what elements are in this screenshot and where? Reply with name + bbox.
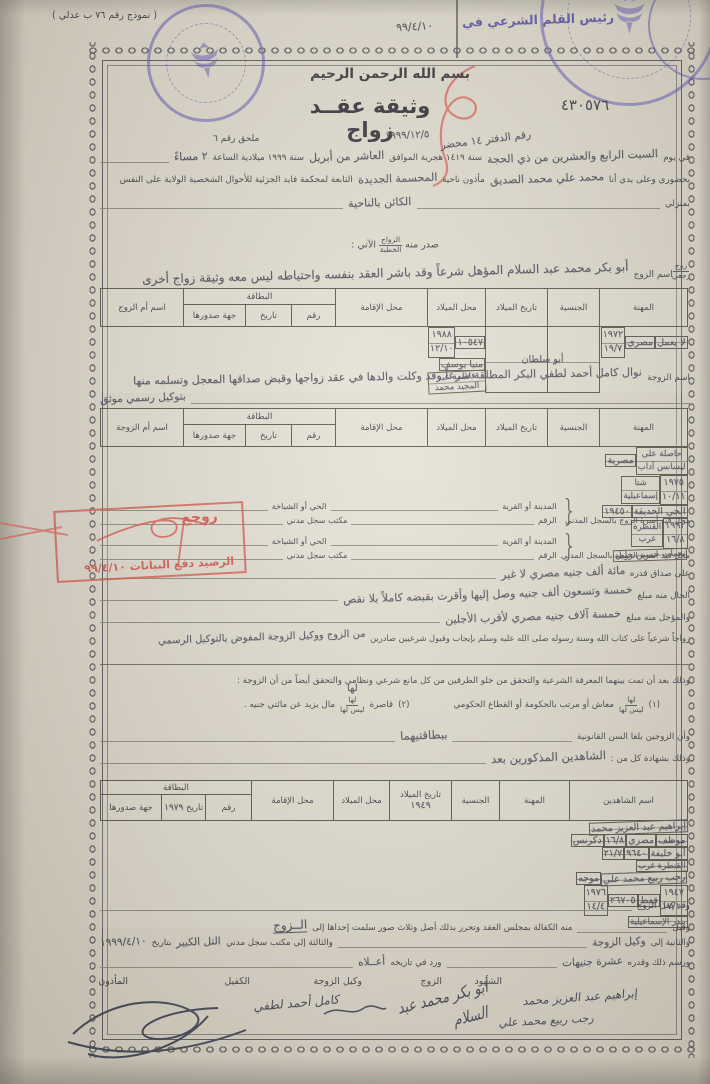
- header-group-row: المهنة الجنسية تاريخ الميلاد محل الميلاد…: [101, 409, 688, 425]
- ruled-line: [351, 549, 534, 560]
- office-label: مكتب سجل مدني: [287, 515, 348, 525]
- handwritten-dowry-amount: مائة ألف جنيه مصري لا غير: [500, 564, 625, 581]
- printed-text: الآتي :: [351, 240, 376, 251]
- col-residence: محل الإقامة: [336, 289, 428, 327]
- registry-groom-label: محل قيد أسرة الزوج بالسجل المدني: [582, 515, 690, 525]
- guarantor-signature-scrawl: [320, 1000, 390, 1022]
- sharia-marriage-clause: زواجاً شرعياً على كتاب الله وسنة رسوله ص…: [370, 633, 690, 643]
- printed-text: مأذون ناحية: [442, 175, 485, 185]
- col-birth-date: تاريخ الميلاد: [486, 409, 548, 447]
- registrar-signature-scrawl: [58, 992, 253, 1062]
- witness1-id-day: ٢١/٧: [602, 847, 625, 860]
- groom-name-line: زوج رجعي اسم الزوج أبو بكر محمد عبد السل…: [100, 262, 690, 280]
- col-birth-place: محل الميلاد: [428, 409, 486, 447]
- intro-line-1: في يوم السبت الرابع والعشرين من ذي الحجة…: [100, 150, 690, 163]
- prompt-paid-label: الحال منه مبلغ: [637, 591, 690, 601]
- witness1-id-number: ٩٦٤٠: [624, 847, 648, 860]
- red-review-stamp: روجع الرصيد دفع البيانات ٩٩/٤/١٠: [53, 501, 247, 583]
- guarantee-label: وقد كفل الزوج: [637, 901, 690, 911]
- col-id-issuer: جهة صدورها: [101, 795, 162, 821]
- groom-label: اسم الزوج: [634, 270, 673, 280]
- ruled-line: [351, 514, 534, 525]
- number-label: الرقم: [538, 515, 557, 525]
- legal-age-label: وأن الزوجين بلغا السن القانونية: [577, 732, 690, 742]
- groom-signature: أبو بكر محمد عبد السلام: [395, 975, 488, 1048]
- col-id-number: رقم: [206, 795, 252, 821]
- groom-signature-label: الزوج: [421, 976, 443, 987]
- number-label: الرقم: [538, 550, 557, 560]
- col-birth-place: محل الميلاد: [334, 781, 390, 821]
- printed-text: منه الكفالة بمجلس العقد وتحرر بذلك أصل و…: [312, 923, 572, 933]
- handwritten-fee-receipt: أعــلاه: [358, 956, 386, 969]
- ruled-line: [100, 900, 632, 911]
- header-group-row: المهنة الجنسية تاريخ الميلاد محل الميلاد…: [101, 289, 688, 305]
- ruled-line: [331, 535, 499, 546]
- bride-occupation: حاصلة على ليسانس آداب: [636, 447, 688, 475]
- handwritten-hour: ٢ مساءً: [174, 149, 208, 163]
- col-birth-date: تاريخ الميلاد ١٩٤٩: [390, 781, 452, 821]
- dowry-line-3: والمؤجل منه مبلغ خمسة آلاف جنيه مصري لأق…: [100, 610, 690, 623]
- residence-value: أبو سلطان: [522, 354, 564, 365]
- ruled-line: [100, 198, 343, 209]
- id-date-label: تاريخ: [186, 803, 203, 813]
- intro-line-3: بمنزلي الكائن بالناحية: [100, 196, 690, 209]
- witness1-birth-place: دكرنس: [571, 834, 604, 847]
- id-year: ١٩٨٨: [430, 328, 454, 342]
- handwritten-gregorian-day: العاشر من أبريل: [309, 149, 385, 165]
- handwritten-date-note: ١٩٩٩/١٢/٥: [385, 129, 430, 142]
- col-nationality: الجنسية: [452, 781, 500, 821]
- item2-number: (٢): [398, 700, 409, 710]
- handwritten-location: الكائن بالناحية: [348, 195, 412, 210]
- col-witness-names: اسم الشاهدين: [570, 781, 688, 821]
- printed-text: والثالثة إلى مكتب سجل مدني: [226, 938, 333, 948]
- item1-text: معاش أو مرتب بالحكومة أو القطاع الحكومي: [454, 700, 614, 710]
- printed-text: في يوم: [663, 153, 690, 163]
- city-label: المدينة أو القرية: [502, 536, 556, 546]
- testimony-line: وذلك بشهادة كل من : الشاهدين المذكورين ب…: [100, 750, 690, 764]
- col-groom-mother: اسم أم الزوج: [101, 289, 184, 327]
- ruled-line: [191, 393, 690, 404]
- birth-year: ١٩٤٧: [662, 886, 686, 900]
- handwritten-registrar-name: محمد علي محمد الصديق: [490, 170, 604, 187]
- col-occupation: المهنة: [600, 409, 688, 447]
- col-id-issuer: جهة صدورها: [183, 425, 245, 447]
- handwritten-laha: لها: [347, 683, 358, 695]
- handwritten-district: المحسمة الجديدة: [358, 171, 438, 187]
- ruled-line: [452, 731, 572, 742]
- bride-label: اسم الزوجة: [647, 373, 690, 383]
- col-occupation: المهنة: [600, 289, 688, 327]
- handwritten-groom-name: أبو بكر محمد عبد السلام المؤهل شرعاً وقد…: [142, 260, 629, 287]
- office-label: مكتب سجل مدني: [287, 550, 348, 560]
- legal-age-line: وأن الزوجين بلغا السن القانونية ببطاقتيه…: [100, 728, 690, 742]
- witness2-occupation: موجه: [576, 872, 601, 885]
- option-has-not: ليس لها: [619, 706, 644, 715]
- page-edge-line: [456, 0, 458, 58]
- handwritten-year-1949: ١٩٤٩: [410, 800, 430, 811]
- item1-number: (١): [649, 700, 660, 710]
- ruled-line: [100, 957, 353, 968]
- handwritten-deferred-amount: خمسة آلاف جنيه مصري لأقرب الأجلين: [445, 607, 621, 626]
- col-birth-date: تاريخ الميلاد: [486, 289, 548, 327]
- fee-line: ورسم ذلك وقدره عشرة جنيهات ورد في تاريخه…: [100, 956, 690, 968]
- printed-text: سنة ١٤١٩ هجرية الموافق: [389, 153, 482, 163]
- col-nationality: الجنسية: [548, 409, 600, 447]
- col-id-date: تاريخ: [246, 425, 292, 447]
- ruled-line: [100, 612, 440, 623]
- ruled-line: [100, 753, 486, 764]
- printed-text: صدر منه: [405, 240, 439, 251]
- occupation-bottom: ليسانس آداب: [638, 461, 686, 474]
- handwritten-testimony: الشاهدين المذكورين بعد: [491, 748, 606, 766]
- handwritten-copy-recipient-2: وكيل الزوجة: [592, 935, 646, 949]
- copies-line: وقبل منه الكفالة بمجلس العقد وتحرر بذلك …: [100, 918, 690, 933]
- ruled-line: [577, 922, 667, 933]
- annex-note: ملحق رقم ٦: [213, 134, 259, 144]
- section-divider: [100, 664, 690, 665]
- ruled-line: [100, 590, 338, 601]
- bride-intro-line-1: اسم الزوجة نوال كامل أحمد لطفي البكر الم…: [100, 370, 690, 383]
- printed-text: وقبل: [672, 923, 690, 933]
- printed-text: سنة ١٩٩٩ ميلادية الساعة: [213, 153, 304, 163]
- conditions-items-line: (١) لها ليس لها معاش أو مرتب بالحكومة أو…: [100, 696, 660, 714]
- item2-has-options: لها لها ليس لها: [340, 696, 365, 714]
- red-signature-scrawl: [55, 503, 244, 579]
- witnesses-nationality: مصري: [626, 834, 656, 847]
- birth-year: ١٩٧٥: [662, 476, 686, 490]
- handwritten-offer-acceptance: من الزوج ووكيل الزوجة المفوض بالتوكيل ال…: [157, 628, 365, 646]
- registry-bride-label: محل قيد أسرة الزوجة بالسجل المدني: [582, 550, 690, 560]
- option-has-not: ليس لها: [340, 706, 365, 715]
- witness1-birth-day: ١٦/٨: [604, 834, 627, 847]
- status-revocable: رجعي: [672, 272, 690, 281]
- witness1-signature: إبراهيم عبد العزيز محمد: [523, 986, 639, 1008]
- copies-line-2: والثانية إلى وكيل الزوجة والثالثة إلى مك…: [100, 936, 690, 948]
- guarantee-line: وقد كفل الزوج: [100, 900, 690, 911]
- intro-line-2: بحضوري وعلى يدي أنا محمد علي محمد الصديق…: [100, 172, 690, 185]
- col-bride-mother: اسم أم الزوجة: [101, 409, 184, 447]
- dowry-line-2: الحال منه مبلغ خمسة وتسعون ألف جنيه وصل …: [100, 588, 690, 601]
- id-day: ١٢/١٠: [430, 342, 454, 356]
- handwritten-bride-details-2: بتوكيل رسمي موثق: [100, 391, 186, 406]
- col-nationality: الجنسية: [548, 289, 600, 327]
- groom-id-number: ١٠٥٤٧: [455, 336, 485, 349]
- serial-number: ٤٣٠٥٧٦: [520, 96, 650, 114]
- groom-nationality: مصري: [625, 336, 655, 349]
- col-id-number: رقم: [292, 425, 336, 447]
- birth-year: ١٩٧٢: [603, 328, 623, 342]
- printed-text: بمنزلي: [665, 199, 690, 209]
- witnesses-residence: أبو خليفة: [649, 847, 688, 860]
- handwritten-day: السبت الرابع والعشرين من ذي الحجة: [487, 147, 658, 166]
- scanned-marriage-certificate: ( نموذج رقم ٧٦ ب عدلي ) رئيس القلم الشرع…: [0, 0, 710, 1084]
- red-pen-edge-marks: [0, 505, 70, 560]
- handwritten-legal-age-proof: ببطاقتيهما: [399, 727, 447, 743]
- groom-birth-date: ١٩٧٢ ١٩/٧: [601, 327, 625, 358]
- bride-intro-line-2: بتوكيل رسمي موثق: [100, 392, 690, 404]
- dowry-line-4: زواجاً شرعياً على كتاب الله وسنة رسوله ص…: [100, 632, 690, 643]
- brace-icon: {: [562, 529, 577, 564]
- witness1-occupation: موظف: [656, 834, 687, 847]
- dowry-label: على صداق قدره: [630, 569, 690, 579]
- col-occupation: المهنة: [500, 781, 570, 821]
- printed-text: ورسم ذلك وقدره: [628, 958, 690, 968]
- col-id-card-group: البطاقة: [101, 781, 252, 795]
- handwritten-prompt-amount: خمسة وتسعون ألف جنيه وصل إليها وأقرت بقب…: [343, 583, 633, 606]
- printed-text: بتاريخ: [152, 938, 172, 948]
- registrar-signature-label: المأذون: [98, 976, 128, 987]
- col-id-date: تاريخ ١٩٧٩: [162, 795, 206, 821]
- item2-minor-label: قاصرة: [370, 700, 394, 710]
- district-label: الحي أو الشياخة: [272, 501, 327, 511]
- groom-occupation: لا يعمل: [655, 336, 687, 349]
- testimony-label: وذلك بشهادة كل من :: [611, 754, 690, 764]
- col-id-card-group: البطاقة: [183, 289, 335, 305]
- document-title: وثيقة عقــد زواج: [285, 94, 455, 142]
- option-engagement: الخطبة: [380, 246, 402, 255]
- city-label: المدينة أو القرية: [502, 501, 556, 511]
- ruled-line: [100, 731, 395, 742]
- handwritten-fee-amount: عشرة جنيهات: [561, 955, 622, 969]
- col-id-date: تاريخ: [246, 305, 292, 327]
- printed-text: بحضوري وعلى يدي أنا: [609, 175, 690, 185]
- id-year: ١٩٧٦: [586, 886, 606, 900]
- col-residence: محل الإقامة: [252, 781, 334, 821]
- ruled-line: [100, 152, 169, 163]
- handwritten-registry-office: التل الكبير: [176, 935, 221, 949]
- birth-place-top: شتا: [623, 477, 658, 490]
- groom-status-options: زوج رجعي: [672, 262, 690, 280]
- witness2-signature: رجب ربيع محمد علي: [498, 1011, 594, 1029]
- brace-icon: {: [562, 494, 577, 529]
- handwritten-copy-recipient-1: الــزوج: [273, 917, 308, 933]
- birth-date-label: تاريخ الميلاد: [400, 790, 441, 800]
- col-birth-place: محل الميلاد: [428, 289, 486, 327]
- head-clerk-date: ٩٩/٤/١٠: [396, 19, 434, 34]
- issued-line: صدر منه الزواج الخطبة الآتي :: [100, 236, 690, 254]
- occupation-top: حاصلة على: [638, 448, 686, 461]
- header-group-row: اسم الشاهدين المهنة الجنسية تاريخ الميلا…: [101, 781, 688, 795]
- handwritten-copy-date: ١٩٩٩/٤/١٠: [100, 935, 147, 949]
- ruled-line: [338, 937, 587, 948]
- handwritten-year-1979: ١٩٧٩: [164, 803, 183, 813]
- col-residence: محل الإقامة: [336, 409, 428, 447]
- col-id-number: رقم: [292, 305, 336, 327]
- ruled-line: [417, 198, 660, 209]
- birth-day: ١٩/٧: [603, 342, 623, 356]
- district-label: الحي أو الشياخة: [272, 536, 327, 546]
- guarantor-signature-label: الكفيل: [224, 976, 250, 987]
- printed-text: التابعة لمحكمة فايد الجزئية للأحوال الشخ…: [120, 175, 353, 185]
- ruled-line: [447, 957, 557, 968]
- bride-ag ent-signature-label: وكيل الزوجة: [313, 976, 362, 987]
- marriage-or-engagement-options: الزواج الخطبة: [379, 236, 402, 254]
- col-id-card-group: البطاقة: [183, 409, 335, 425]
- witness-row-1: إبراهيم عبد العزيز محمد موظف مصري ١٦/٨ د…: [101, 821, 688, 873]
- col-id-issuer: جهة صدورها: [183, 305, 245, 327]
- printed-text: ورد في تاريخه: [390, 958, 441, 968]
- bismillah: بسم الله الرحمن الرحيم: [290, 66, 490, 82]
- groom-id-date: ١٩٨٨ ١٢/١٠: [428, 327, 456, 358]
- verification-clause: وذلك بعد أن تمت بينهما المعرفة الشرعية و…: [100, 676, 690, 686]
- ruled-line: [331, 500, 499, 511]
- printed-text: والثانية إلى: [651, 938, 690, 948]
- item2-text: مال يزيد عن مائتي جنيه .: [244, 700, 335, 710]
- item1-has-options: لها ليس لها: [619, 696, 644, 714]
- bride-nationality: مصرية: [605, 454, 635, 467]
- form-number-note: ( نموذج رقم ٧٦ ب عدلي ): [52, 10, 157, 21]
- deferred-label: والمؤجل منه مبلغ: [626, 613, 690, 623]
